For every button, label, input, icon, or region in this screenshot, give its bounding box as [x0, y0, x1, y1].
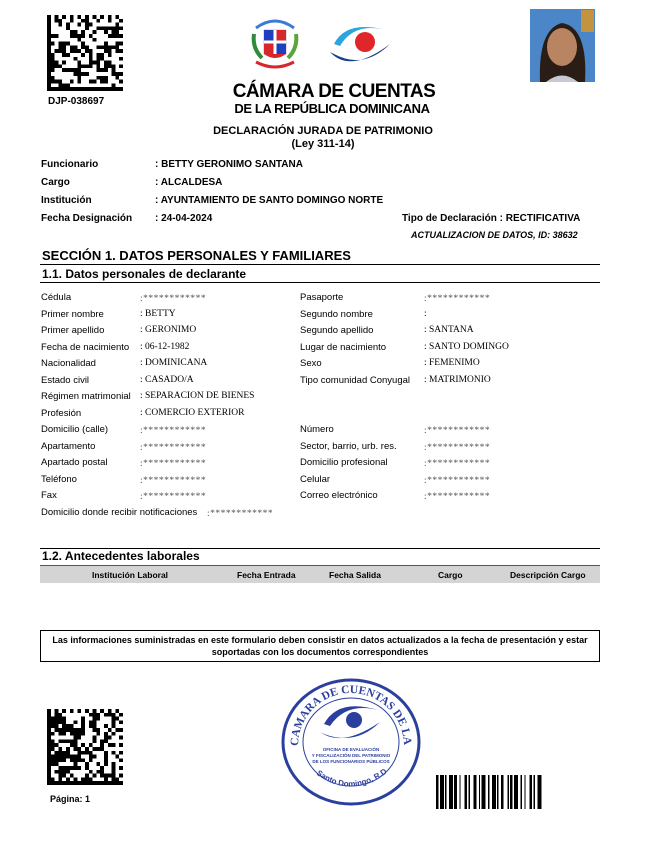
barcode-icon [436, 775, 596, 809]
field-value: : SEPARACION DE BIENES [140, 391, 254, 401]
field-label: Teléfono [41, 474, 77, 485]
cargo-row: Cargo: ALCALDESA [41, 177, 222, 188]
field-value: :************ [424, 294, 490, 304]
svg-text:Y FISCALIZACIÓN DEL PATRIMONIO: Y FISCALIZACIÓN DEL PATRIMONIO [312, 751, 391, 758]
field-label: Fecha Designación [41, 213, 155, 224]
field-value: : ALCALDESA [155, 177, 222, 188]
funcionario-row: Funcionario: BETTY GERONIMO SANTANA [41, 159, 303, 170]
field-value: : AYUNTAMIENTO DE SANTO DOMINGO NORTE [155, 195, 383, 206]
actualizacion-id: ACTUALIZACION DE DATOS, ID: 38632 [411, 230, 578, 240]
svg-text:OFICINA DE EVALUACIÓN: OFICINA DE EVALUACIÓN [323, 745, 380, 752]
field-label: Segundo nombre [300, 309, 373, 320]
disclaimer-notice: Las informaciones suministradas en este … [40, 630, 600, 662]
camara-de-cuentas-logo-icon [324, 18, 394, 68]
field-label: Segundo apellido [300, 325, 373, 336]
field-value: : BETTY GERONIMO SANTANA [155, 159, 303, 170]
field-value: :************ [140, 294, 206, 304]
org-name: CÁMARA DE CUENTAS [233, 81, 436, 102]
field-value: : COMERCIO EXTERIOR [140, 408, 245, 418]
field-label: Número [300, 424, 334, 435]
field-label: Pasaporte [300, 292, 343, 303]
institucion-row: Institución: AYUNTAMIENTO DE SANTO DOMIN… [41, 195, 383, 206]
field-value: : [424, 309, 427, 319]
column-header: Descripción Cargo [510, 570, 586, 580]
org-country: DE LA REPÚBLICA DOMINICANA [234, 101, 429, 116]
field-label: Fax [41, 490, 57, 501]
column-header: Cargo [438, 570, 463, 580]
column-header: Fecha Salida [329, 570, 381, 580]
field-value: :************ [424, 476, 490, 486]
work-history-table-header: Institución Laboral Fecha Entrada Fecha … [40, 566, 600, 583]
field-label: Nacionalidad [41, 358, 96, 369]
field-value: : DOMINICANA [140, 358, 207, 368]
column-header: Fecha Entrada [237, 570, 296, 580]
svg-text:DE LOS FUNCIONARIOS PÚBLICOS: DE LOS FUNCIONARIOS PÚBLICOS [312, 758, 389, 764]
field-label: Domicilio profesional [300, 457, 388, 468]
page-number: Página: 1 [50, 794, 90, 804]
field-value: : CASADO/A [140, 375, 194, 385]
field-label: Régimen matrimonial [41, 391, 131, 402]
form-title: DECLARACIÓN JURADA DE PATRIMONIO [0, 125, 646, 137]
field-value: : SANTO DOMINGO [424, 342, 509, 352]
field-label: Celular [300, 474, 330, 485]
field-value: : 06-12-1982 [140, 342, 189, 352]
field-label: Profesión [41, 408, 81, 419]
declarant-photo [530, 9, 595, 82]
field-value: :************ [140, 443, 206, 453]
fecha-designacion-row: Fecha Designación: 24-04-2024 [41, 213, 212, 224]
field-label: Tipo comunidad Conyugal [300, 375, 410, 386]
field-label: Primer nombre [41, 309, 104, 320]
datamatrix-code-icon [47, 15, 123, 91]
field-label: Cargo [41, 177, 155, 188]
field-value: : SANTANA [424, 325, 474, 335]
field-label: Cédula [41, 292, 71, 303]
subsection-title: 1.1. Datos personales de declarante [42, 267, 246, 281]
field-value: :************ [424, 426, 490, 436]
field-label: Apartado postal [41, 457, 108, 468]
field-label: Domicilio (calle) [41, 424, 108, 435]
field-value: :************ [424, 443, 490, 453]
field-label: Lugar de nacimiento [300, 342, 386, 353]
datamatrix-code-icon [47, 709, 123, 785]
divider [40, 264, 600, 265]
field-label: Sector, barrio, urb. res. [300, 441, 397, 452]
field-label: Correo electrónico [300, 490, 378, 501]
field-value: :************ [140, 459, 206, 469]
law-reference: (Ley 311-14) [0, 138, 646, 150]
field-value: :************ [140, 476, 206, 486]
field-label: Institución [41, 195, 155, 206]
subsection-title: 1.2. Antecedentes laborales [42, 549, 200, 563]
field-label: Funcionario [41, 159, 155, 170]
field-value: :************ [140, 426, 206, 436]
field-label: Fecha de nacimiento [41, 342, 129, 353]
field-label: Sexo [300, 358, 322, 369]
field-label: Domicilio donde recibir notificaciones [41, 507, 197, 518]
dominican-coat-of-arms-icon [248, 14, 302, 72]
field-value: : 24-04-2024 [155, 213, 212, 224]
field-label: Apartamento [41, 441, 95, 452]
field-value: :************ [424, 459, 490, 469]
column-header: Institución Laboral [92, 570, 168, 580]
field-value: :************ [424, 492, 490, 502]
divider [40, 282, 600, 283]
field-value: : BETTY [140, 309, 176, 319]
field-value: :************ [140, 492, 206, 502]
field-label: Estado civil [41, 375, 89, 386]
field-label: Primer apellido [41, 325, 104, 336]
section-title: SECCIÓN 1. DATOS PERSONALES Y FAMILIARES [42, 248, 351, 263]
tipo-declaracion: Tipo de Declaración : RECTIFICATIVA [402, 213, 580, 224]
field-value: : GERONIMO [140, 325, 196, 335]
field-value: :************ [207, 509, 273, 519]
field-value: : FEMENIMO [424, 358, 480, 368]
official-stamp-icon: CAMARA DE CUENTAS DE LA REP. DOM. Santo … [276, 676, 426, 808]
field-value: : MATRIMONIO [424, 375, 491, 385]
